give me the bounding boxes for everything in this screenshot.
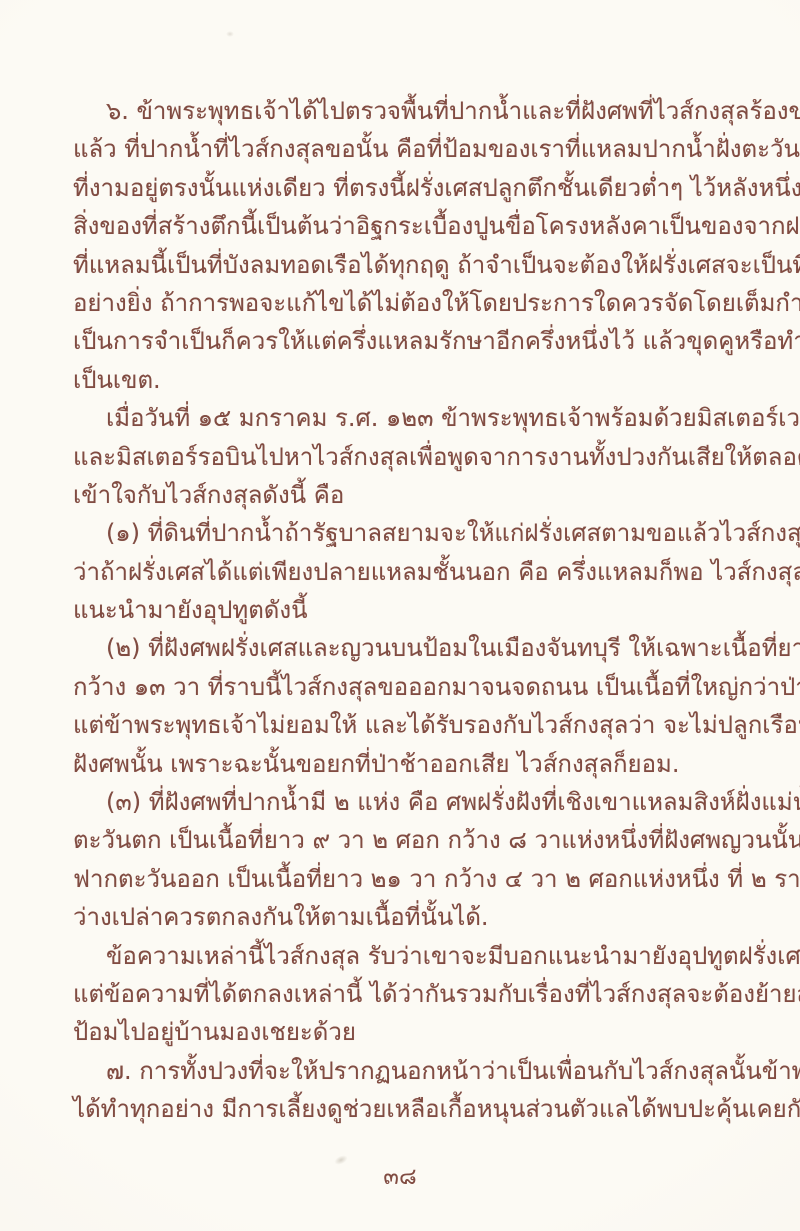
text-line: ๗. การทั้งปวงที่จะให้ปรากฏนอกหน้าว่าเป็น…	[73, 1052, 765, 1090]
text-line: ข้อความเหล่านี้ไวส์กงสุล รับว่าเขาจะมีบอ…	[73, 937, 765, 975]
page-number: ๓๘	[0, 1162, 800, 1192]
text-line: เป็นเขต.	[73, 361, 765, 399]
text-line: ๖. ข้าพระพุทธเจ้าได้ไปตรวจพื้นที่ปากน้ำแ…	[73, 92, 765, 130]
text-line: แต่ข้าพระพุทธเจ้าไม่ยอมให้ และได้รับรองก…	[73, 706, 765, 744]
text-line: ได้ทำทุกอย่าง มีการเลี้ยงดูช่วยเหลือเกื้…	[73, 1090, 765, 1128]
text-line: ป้อมไปอยู่บ้านมองเชยะด้วย	[73, 1013, 765, 1051]
text-line: สิ่งของที่สร้างตึกนี้เป็นต้นว่าอิฐกระเบื…	[73, 207, 765, 245]
page-body: ๖. ข้าพระพุทธเจ้าได้ไปตรวจพื้นที่ปากน้ำแ…	[73, 92, 765, 1129]
text-line: ฟากตะวันออก เป็นเนื้อที่ยาว ๒๑ วา กว้าง …	[73, 860, 765, 898]
text-line: เข้าใจกับไวส์กงสุลดังนี้ คือ	[73, 476, 765, 514]
text-line: กว้าง ๑๓ วา ที่ราบนี้ไวส์กงสุลขอออกมาจนจ…	[73, 668, 765, 706]
text-line: ที่แหลมนี้เป็นที่บังลมทอดเรือได้ทุกฤดู ถ…	[73, 246, 765, 284]
text-line: เป็นการจำเป็นก็ควรให้แต่ครึ่งแหลมรักษาอี…	[73, 322, 765, 360]
text-line: เมื่อวันที่ ๑๕ มกราคม ร.ศ. ๑๒๓ ข้าพระพุท…	[73, 399, 765, 437]
text-line: (๒) ที่ฝังศพฝรั่งเศสและญวนบนป้อมในเมืองจ…	[73, 629, 765, 667]
text-line: ว่าถ้าฝรั่งเศสได้แต่เพียงปลายแหลมชั้นนอก…	[73, 553, 765, 591]
text-line: (๑) ที่ดินที่ปากน้ำถ้ารัฐบาลสยามจะให้แก่…	[73, 514, 765, 552]
text-line: อย่างยิ่ง ถ้าการพอจะแก้ไขได้ไม่ต้องให้โด…	[73, 284, 765, 322]
text-line: แนะนำมายังอุปทูตดังนี้	[73, 591, 765, 629]
text-line: ที่งามอยู่ตรงนั้นแห่งเดียว ที่ตรงนี้ฝรั่…	[73, 169, 765, 207]
text-line: ว่างเปล่าควรตกลงกันให้ตามเนื้อที่นั้นได้…	[73, 898, 765, 936]
text-line: แต่ข้อความที่ได้ตกลงเหล่านี้ ได้ว่ากันรว…	[73, 975, 765, 1013]
text-line: ฝังศพนั้น เพราะฉะนั้นขอยกที่ป่าช้าออกเสี…	[73, 745, 765, 783]
scanned-document-page: { "page": { "colors": { "ink": "#814c42"…	[0, 0, 800, 1231]
scan-speck	[226, 31, 234, 37]
text-line: ตะวันตก เป็นเนื้อที่ยาว ๙ วา ๒ ศอก กว้าง…	[73, 821, 765, 859]
text-lines: ๖. ข้าพระพุทธเจ้าได้ไปตรวจพื้นที่ปากน้ำแ…	[73, 92, 765, 1129]
text-line: แล้ว ที่ปากน้ำที่ไวส์กงสุลขอนั้น คือที่ป…	[73, 130, 765, 168]
text-line: (๓) ที่ฝังศพที่ปากน้ำมี ๒ แห่ง คือ ศพฝรั…	[73, 783, 765, 821]
text-line: และมิสเตอร์รอบินไปหาไวส์กงสุลเพื่อพูดจาก…	[73, 438, 765, 476]
